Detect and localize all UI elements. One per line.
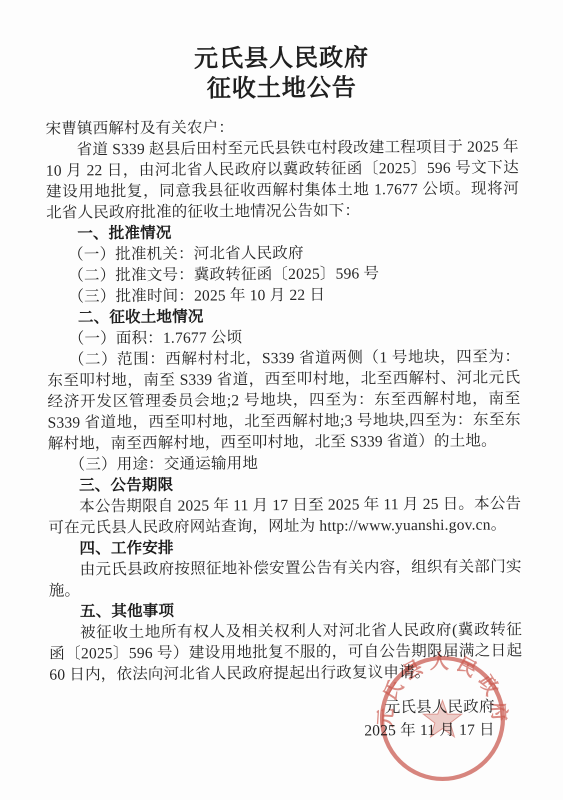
- page-title: 元氏县人民政府 征收土地公告: [45, 42, 518, 105]
- signature-issuer: 元氏县人民政府: [50, 696, 495, 722]
- title-line-2: 征收土地公告: [207, 75, 357, 102]
- signature-block: 元氏县人民政府 2025 年 11 月 17 日: [50, 695, 523, 744]
- intro-paragraph: 省道 S339 赵县后田村至元氏县铁屯村段改建工程项目于 2025 年 10 月…: [46, 136, 520, 223]
- section-land: 二、征收土地情况 （一）面积：1.7677 公顷 （二）范围：西解村村北，S33…: [47, 304, 521, 475]
- section-paragraph: 本公告期限自 2025 年 11 月 17 日至 2025 年 11 月 25 …: [48, 493, 521, 538]
- section-other: 五、其他事项 被征收土地所有权人及相关权利人对河北省人民政府(冀政转征函〔202…: [49, 598, 523, 685]
- section-arrangement: 四、工作安排 由元氏县政府按照征地补偿安置公告有关内容，组织有关部门实施。: [48, 535, 521, 601]
- section-item: （二）范围：西解村村北，S339 省道两侧（1 号地块，四至为：东至叩村地，南至…: [47, 346, 521, 454]
- announcement-page: 元氏县人民政府 征收土地公告 宋曹镇西解村及有关农户： 省道 S339 赵县后田…: [0, 0, 563, 800]
- section-paragraph: 被征收土地所有权人及相关权利人对河北省人民政府(冀政转征函〔2025〕596 号…: [49, 619, 522, 685]
- signature-date: 2025 年 11 月 17 日: [50, 719, 495, 745]
- document-content: 元氏县人民政府 征收土地公告 宋曹镇西解村及有关农户： 省道 S339 赵县后田…: [45, 42, 523, 744]
- title-line-1: 元氏县人民政府: [194, 45, 369, 72]
- section-approval: 一、批准情况 （一）批准机关：河北省人民政府 （二）批准文号：冀政转征函〔202…: [46, 220, 520, 307]
- section-period: 三、公告期限 本公告期限自 2025 年 11 月 17 日至 2025 年 1…: [48, 472, 521, 538]
- section-paragraph: 由元氏县政府按照征地补偿安置公告有关内容，组织有关部门实施。: [49, 556, 522, 601]
